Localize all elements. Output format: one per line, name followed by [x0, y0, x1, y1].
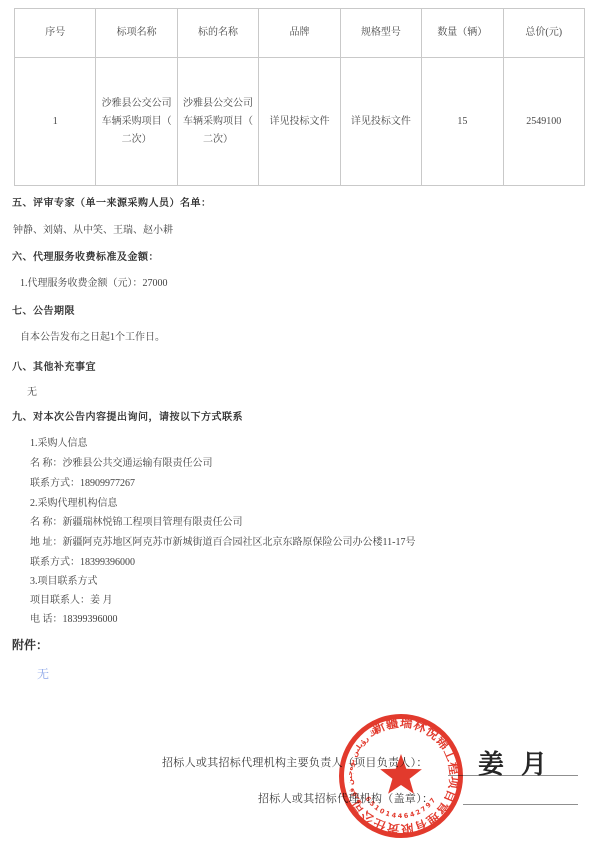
expert-name-list: 钟静、刘婧、从中笑、王瑞、赵小耕 — [13, 224, 173, 237]
col-header-brand: 品牌 — [259, 9, 340, 58]
section5-heading: 五、评审专家（单一来源采购人员）名单： — [12, 197, 212, 210]
seal-star-icon — [380, 754, 422, 794]
section8-heading: 八、其他补充事宜 — [12, 361, 96, 374]
announcement-period: 自本公告发布之日起1个工作日。 — [20, 331, 165, 344]
cell-item-name: 沙雅县公交公司 车辆采购项目（ 二次） — [96, 58, 177, 186]
handwritten-signature: 姜 月 — [478, 744, 551, 781]
attachment-label: 附件： — [12, 639, 48, 652]
cell-brand: 详见投标文件 — [259, 58, 340, 186]
col-header-total-price: 总价(元) — [503, 9, 584, 58]
cell-spec-model: 详见投标文件 — [340, 58, 421, 186]
col-header-item-name: 标项名称 — [96, 9, 177, 58]
official-seal-stamp: 新疆瑞林悦锦工程项目管理有限责任公司 شىنجاڭ رۇيلىن يۈەجىن … — [331, 706, 471, 846]
table-row: 1 沙雅县公交公司 车辆采购项目（ 二次） 沙雅县公交公司 车辆采购项目（ 二次… — [15, 58, 585, 186]
cell-quantity: 15 — [422, 58, 503, 186]
table-header-row: 序号 标项名称 标的名称 品牌 规格型号 数量（辆） 总价(元) — [15, 9, 585, 58]
agency-fee-amount: 1.代理服务收费金额（元）：27000 — [20, 277, 168, 290]
bid-result-table: 序号 标项名称 标的名称 品牌 规格型号 数量（辆） 总价(元) 1 沙雅县公交… — [14, 8, 585, 186]
project-contact-phone: 电 话：18399396000 — [30, 613, 118, 626]
project-contact-title: 3.项目联系方式 — [30, 575, 98, 588]
signature-line-2 — [463, 804, 578, 805]
section9-heading: 九、对本次公告内容提出询问，请按以下方式联系 — [12, 411, 243, 424]
attachment-link[interactable]: 无 — [37, 668, 49, 681]
project-contact-person: 项目联系人：姜 月 — [30, 594, 113, 607]
purchaser-name: 名 称：沙雅县公共交通运输有限责任公司 — [30, 457, 213, 470]
purchaser-info-title: 1.采购人信息 — [30, 437, 88, 450]
agency-contact: 联系方式：18399396000 — [30, 556, 135, 569]
col-header-spec-model: 规格型号 — [340, 9, 421, 58]
cell-no: 1 — [15, 58, 96, 186]
col-header-quantity: 数量（辆） — [422, 9, 503, 58]
agency-name: 名 称：新疆瑞林悦锦工程项目管理有限责任公司 — [30, 516, 243, 529]
cell-total-price: 2549100 — [503, 58, 584, 186]
agency-address: 地 址：新疆阿克苏地区阿克苏市新城街道百合园社区北京东路原保险公司办公楼11-1… — [30, 536, 415, 549]
purchaser-contact: 联系方式：18909977267 — [30, 477, 135, 490]
col-header-no: 序号 — [15, 9, 96, 58]
other-supplement-value: 无 — [27, 386, 37, 399]
section7-heading: 七、公告期限 — [12, 305, 75, 318]
agency-info-title: 2.采购代理机构信息 — [30, 497, 118, 510]
col-header-subject-name: 标的名称 — [177, 9, 258, 58]
cell-subject-name: 沙雅县公交公司 车辆采购项目（ 二次） — [177, 58, 258, 186]
section6-heading: 六、代理服务收费标准及金额： — [12, 251, 159, 264]
